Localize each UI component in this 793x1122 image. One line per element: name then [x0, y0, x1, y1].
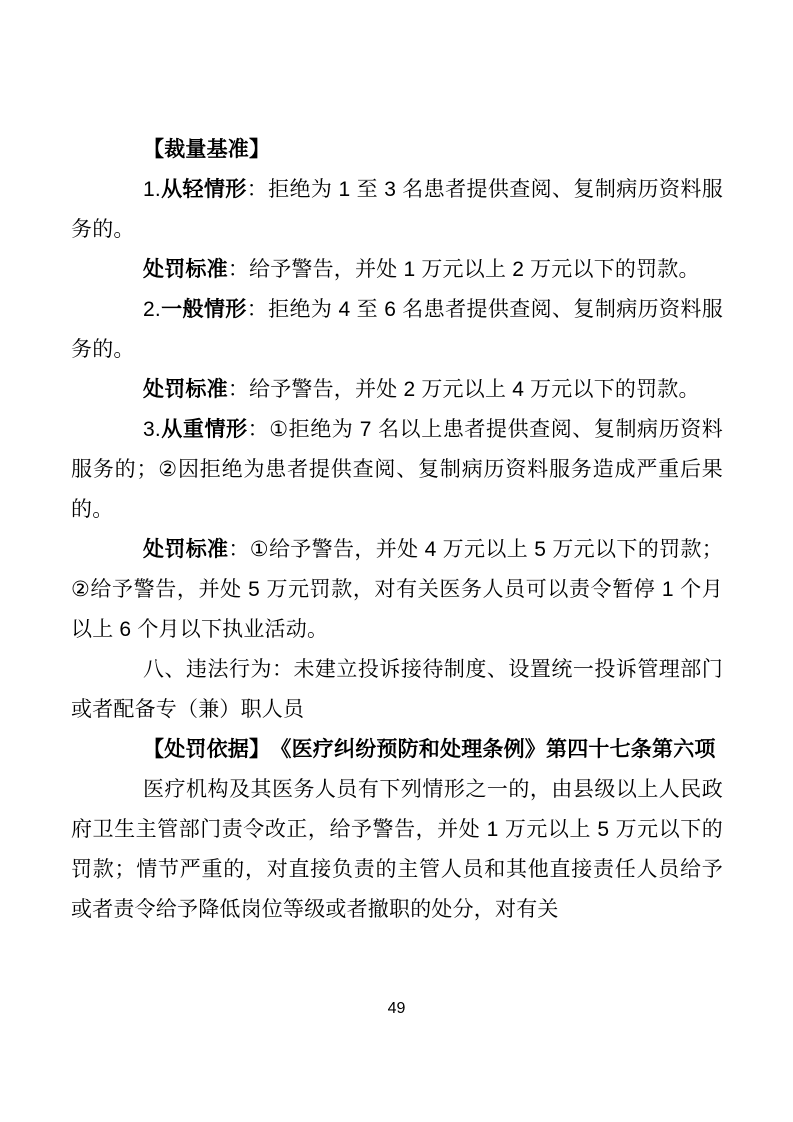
- text-segment: ：给予警告，并处 1 万元以上 2 万元以下的罚款。: [228, 258, 700, 281]
- text-segment: 1.: [143, 178, 161, 201]
- paragraph-regulation-excerpt: 医疗机构及其医务人员有下列情形之一的，由县级以上人民政府卫生主管部门责令改正，给…: [71, 770, 723, 930]
- text-segment: 3.: [143, 418, 161, 441]
- bold-text-segment: 处罚标准: [143, 538, 228, 561]
- bold-text-segment: 从重情形: [161, 418, 248, 441]
- document-body: 【裁量基准】1.从轻情形：拒绝为 1 至 3 名患者提供查阅、复制病历资料服务的…: [71, 130, 723, 930]
- paragraph-illegal-act-8: 八、违法行为：未建立投诉接待制度、设置统一投诉管理部门或者配备专（兼）职人员: [71, 650, 723, 730]
- bold-text-segment: 处罚标准: [143, 258, 228, 281]
- text-segment: ：给予警告，并处 2 万元以上 4 万元以下的罚款。: [228, 378, 700, 401]
- bold-text-segment: 一般情形: [161, 298, 247, 321]
- paragraph-heading-penalty-basis: 【处罚依据】 《医疗纠纷预防和处理条例》第四十七条第六项: [71, 730, 723, 770]
- paragraph-item-3-severe-circumstance: 3.从重情形：①拒绝为 7 名以上患者提供查阅、复制病历资料服务的；②因拒绝为患…: [71, 410, 723, 530]
- paragraph-item-2-general-circumstance: 2.一般情形：拒绝为 4 至 6 名患者提供查阅、复制病历资料服务的。: [71, 290, 723, 370]
- paragraph-heading-discretion-benchmark: 【裁量基准】: [71, 130, 723, 170]
- paragraph-item-1-lenient-circumstance: 1.从轻情形：拒绝为 1 至 3 名患者提供查阅、复制病历资料服务的。: [71, 170, 723, 250]
- text-segment: 医疗机构及其医务人员有下列情形之一的，由县级以上人民政府卫生主管部门责令改正，给…: [71, 778, 723, 921]
- bold-text-segment: 【裁量基准】: [143, 138, 270, 161]
- bold-text-segment: 从轻情形: [161, 178, 247, 201]
- paragraph-item-2-penalty-standard: 处罚标准：给予警告，并处 2 万元以上 4 万元以下的罚款。: [71, 370, 723, 410]
- paragraph-item-1-penalty-standard: 处罚标准：给予警告，并处 1 万元以上 2 万元以下的罚款。: [71, 250, 723, 290]
- bold-text-segment: 处罚标准: [143, 378, 228, 401]
- text-segment: 2.: [143, 298, 161, 321]
- text-segment: 八、违法行为：未建立投诉接待制度、设置统一投诉管理部门或者配备专（兼）职人员: [71, 658, 723, 721]
- bold-text-segment: 【处罚依据】 《医疗纠纷预防和处理条例》第四十七条第六项: [143, 738, 716, 761]
- page-number: 49: [0, 998, 793, 1020]
- paragraph-item-3-penalty-standard: 处罚标准：①给予警告，并处 4 万元以上 5 万元以下的罚款；②给予警告，并处 …: [71, 530, 723, 650]
- document-page: 【裁量基准】1.从轻情形：拒绝为 1 至 3 名患者提供查阅、复制病历资料服务的…: [0, 0, 793, 1122]
